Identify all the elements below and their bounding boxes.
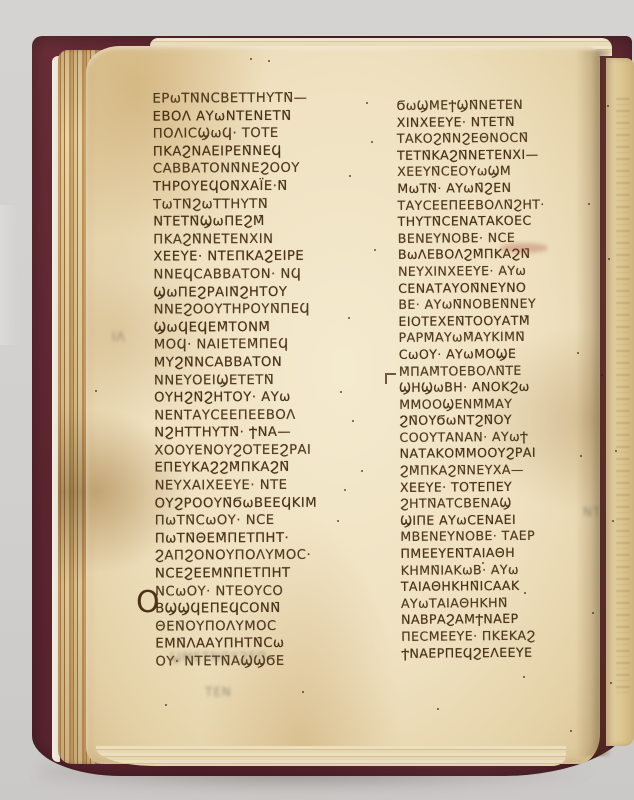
manuscript-text-line: ΠΟΛΙϹϢωϤ· ΤΟΤΕ (153, 125, 367, 144)
show-through-text: ϢΜΕΤΝΟΥϨΕΠ (170, 650, 267, 664)
manuscript-text-line: ΕΒΟΛ ΑΥωΝΤΕΝΕΤΝ̄ (153, 107, 367, 126)
manuscript-text-line: ϹΟΟΥΤΑΝΑΝ· ΑΥωϮ (399, 428, 611, 446)
ink-speck (433, 648, 435, 650)
manuscript-text-line: ΝΕΥΧΙΝΧΕΕΥΕ· ΑΥω (398, 262, 610, 280)
manuscript-text-line: ΝϹωΟΥ· ΝΤΕΟΥϹΟ (155, 582, 369, 601)
manuscript-text-line: ϢωΠΕϨΡΑΙΝ̄ϨΗΤΟΥ (153, 283, 367, 302)
ink-speck (570, 730, 572, 732)
manuscript-text-line: ΜωΤΝ̄· ΑΥωΝ̄ϨΕΝ (397, 179, 609, 197)
ink-speck (577, 352, 579, 354)
manuscript-text-line: ΝΑΒΡΑϨΑΜϮΝΑΕΡ (401, 610, 613, 628)
ink-speck (366, 102, 368, 104)
ink-speck (95, 390, 97, 392)
manuscript-text-line: ϨΝ̄ΟΥϬωΝΤϨΝ̄ΟΥ (399, 411, 611, 429)
manuscript-text-line: ΘΕΝ̄ΟΥΠΟΛΥΜΟϹ (155, 617, 369, 636)
manuscript-text-line: ϢΙΠΕ ΑΥωϹΕΝΑΕΙ (400, 511, 612, 529)
ink-speck (437, 708, 439, 710)
ink-speck (608, 258, 610, 260)
show-through-text: ΤΕΝ (205, 685, 232, 699)
next-leaf-text-showthrough (616, 98, 630, 698)
manuscript-text-line: ΚΗΜΝ̄ΙΑΚωΒ· ΑΥω (401, 561, 613, 579)
manuscript-text-line: ΝϨΗΤΤΗΥΤΝ̄· ϮΝΑ— (154, 424, 368, 443)
manuscript-text-line: ΠΚΑϨΝΑΕΙΡΕΝ̄ΝΕϤ (153, 142, 367, 161)
ink-speck (361, 470, 363, 472)
ink-speck (374, 249, 376, 251)
ink-speck (588, 203, 590, 205)
ink-speck (371, 141, 373, 143)
manuscript-text-line: ΕΙΟΤΕΧΕΝ̄ΤΟΟΥΑΤΜ̄ (398, 312, 610, 330)
manuscript-text-line: ΑΥωΤΑΙΑΘΗΚΗΝ̄ (401, 594, 613, 612)
ink-speck (607, 105, 609, 107)
manuscript-text-line: ΝΝΕϤϹΑΒΒΑΤΟΝ· ΝϤ (153, 265, 367, 284)
ink-speck (612, 520, 614, 522)
manuscript-text-line: ΤΕΤΝ̄ΚΑϨΝ̄ΝΕΤΕΝΧΙ— (397, 146, 609, 164)
manuscript-text-line: ϹωΟΥ· ΑΥωΜΟϢΕ (399, 345, 611, 363)
manuscript-text-line: ΠΕϹΜΕΕΥΕ· ΠΚΕΚΑϨ (401, 627, 613, 645)
manuscript-text-line: ΤΗΥΤΝ̄ϹΕΝΑΤΑΚΟΕϹ (398, 212, 610, 230)
manuscript-text-line: ΤΗΡΟΥΕϤΟΝ̄ΧΑΪΕ·Ν̄ (153, 177, 367, 196)
manuscript-text-line: ΜΟϤ· ΝΑΙΕΤΕΜ̄ΠΕϤ (154, 336, 368, 355)
ink-speck (482, 562, 484, 564)
ink-speck (302, 691, 304, 693)
ink-speck (592, 612, 594, 614)
text-column-right: ϬωϢΜΕϮϢΝ̄ΝΕΤΕΝΧΙΝΧΕΕΥΕ· ΝΤΕΤΝ̄ΤΑΚΟϨΝ̄ΝϨΕ… (397, 96, 614, 662)
manuscript-text-line: ΧΙΝΧΕΕΥΕ· ΝΤΕΤΝ̄ (397, 113, 609, 131)
page-stack-bottom-edge (96, 746, 566, 766)
manuscript-text-line: ΝΝΕϨΟΟΥΤΗΡΟΥΝ̄ΠΕϤ (154, 301, 368, 320)
manuscript-text-line: ΟΥϨΡΟΟΥΝ̄ϬωΒΕΕϤΚΙΜ (155, 494, 369, 513)
manuscript-photo: ΕΡωΤΝ̄ΝϹΒΕΤΤΗΥΤΝ̄—ΕΒΟΛ ΑΥωΝΤΕΝΕΤΝ̄ΠΟΛΙϹϢ… (0, 0, 634, 800)
ink-speck (524, 592, 526, 594)
manuscript-text-line: ΧΕΕΥΕ· ΤΟΤΕΠΕΥ (400, 478, 612, 496)
manuscript-text-line: ΕΡωΤΝ̄ΝϹΒΕΤΤΗΥΤΝ̄— (152, 89, 366, 108)
manuscript-text-line: ΜΜΟΟϢΕΝΜ̄ΜΑΥ (399, 395, 611, 413)
red-ink-smudge (500, 243, 548, 253)
manuscript-text-line: ϢωϤΕϤΕΜ̄ΤΟΝΜ̄ (154, 318, 368, 337)
ink-speck (610, 682, 612, 684)
manuscript-text-line: ΤΑΙΑΘΗΚΗΝ̄ΙϹΑΑΚ (401, 577, 613, 595)
ink-speck (615, 450, 617, 452)
manuscript-text-line: ϮΝΑΕΡΠΕϤϨΕΛΕΕΥΕ (401, 644, 613, 662)
manuscript-text-line: ϬωϢΜΕϮϢΝ̄ΝΕΤΕΝ (397, 96, 609, 114)
ink-speck (348, 317, 350, 319)
background-light-band (0, 205, 18, 345)
manuscript-text-line: ΝΕΥΧΑΙΧΕΕΥΕ· ΝΤΕ (155, 477, 369, 496)
ink-speck (165, 704, 167, 706)
manuscript-text-line: ΧΟΟΥΕΝΟΥϨΟΤΕΕϨΡΑΙ (154, 441, 368, 460)
manuscript-text-line: ΧΕΕΥΝ̄ϹΕΟΥωϢΜ (397, 162, 609, 180)
manuscript-text-line: ϹΕΝΑΤΑΥΟΝ̄ΝΕΥΝΟ (398, 279, 610, 297)
manuscript-text-line: ϹΑΒΒΑΤΟΝΝ̄ΝΕϨΟΟΥ (153, 160, 367, 179)
ink-speck (601, 374, 603, 376)
manuscript-text-line: ϢΗϢωΒΗ· ΑΝΟΚϨω (399, 378, 611, 396)
ink-speck (580, 455, 582, 457)
manuscript-text-line: ΕΠΕΥΚΑϨϨΜ̄ΠΚΑϨΝ̄ (154, 459, 368, 478)
manuscript-text-line: Μ̄ΠΑΜ̄ΤΟΕΒΟΛΝ̄ΤΕ (399, 362, 611, 380)
manuscript-text-line: ΜΥϨΝ̄ΝϹΑΒΒΑΤΟΝ (154, 353, 368, 372)
manuscript-text-line: ϨΑΠϨΟΝΟΥΠΟΛΥΜΟϹ· (155, 547, 369, 566)
manuscript-text-line: ΤΑΥϹΕΕΠΕΕΒΟΛΝ̄ϨΗΤ· (397, 196, 609, 214)
enlarged-initial: Ο (136, 585, 160, 620)
ink-speck (349, 175, 351, 177)
manuscript-text-line: ΒΕ· ΑΥωΝ̄ΝΟΒΕΝ̄ΝΕΥ (398, 295, 610, 313)
paragraphos-mark (385, 373, 396, 384)
ink-speck (250, 58, 252, 60)
ink-speck (523, 676, 525, 678)
manuscript-text-line: ΠΚΑϨΝ̄ΝΕΤΕΝΧΙΝ (153, 230, 367, 249)
manuscript-text-line: ΜΒΕΝΕΥΝΟΒΕ· ΤΑΕΡ (400, 528, 612, 546)
manuscript-text-line: ΝΕΝΤΑΥϹΕΕΠΕΕΒΟΛ (154, 406, 368, 425)
ink-speck (340, 391, 342, 393)
manuscript-text-line: ΠωΤΝ̄ΘΕΜ̄ΠΕΤΠΗΤ· (155, 529, 369, 548)
manuscript-text-line: ΒϢϢϤΕΠΕϤϹΟΝΝ̄ (155, 600, 369, 619)
manuscript-text-line: ΝΤΕΤΝ̄ϢωΠΕϨΜ̄ (153, 213, 367, 232)
manuscript-text-line: ΧΕΕΥΕ· ΝΤΕΠΚΑϨΕΙΡΕ (153, 248, 367, 267)
manuscript-text-line: ϨΗΤΝ̄ΑΤϹΒΕΝΑϢ (400, 494, 612, 512)
manuscript-text-line: ΡΑΡΜ̄ΑΥωΜ̄ΑΥΚΙΜΝ̄ (399, 328, 611, 346)
manuscript-text-line: ΠΜΕΕΥΕΝ̄ΤΑΙΑΘΗ (400, 544, 612, 562)
manuscript-text-line: ΝϹΕϨΕΕΜΝ̄ΠΕΤΠΗΤ (155, 564, 369, 583)
ink-speck (344, 489, 346, 491)
ink-speck (268, 60, 270, 62)
ink-speck (352, 420, 354, 422)
show-through-text: ΝΤ (583, 505, 601, 519)
manuscript-text-line: ΝΑΤΑΚΟΜ̄ΜΟΟΥϨΡΑΙ (400, 445, 612, 463)
ink-speck (337, 520, 339, 522)
manuscript-text-line: ΝΝΕΥΟΕΙϢΕΤΕΤΝ̄ (154, 371, 368, 390)
manuscript-text-line: ΤΑΚΟϨΝ̄ΝϨΕΘΝΟϹΝ̄ (397, 129, 609, 147)
manuscript-text-line: ΤωΤΝ̄ϨωΤΤΗΥΤΝ̄ (153, 195, 367, 214)
show-through-text: ΙΛ (112, 330, 126, 344)
manuscript-text-line: ΟΥΗϨΝ̄ϨΗΤΟΥ· ΑΥω (154, 389, 368, 408)
text-column-left: ΕΡωΤΝ̄ΝϹΒΕΤΤΗΥΤΝ̄—ΕΒΟΛ ΑΥωΝΤΕΝΕΤΝ̄ΠΟΛΙϹϢ… (152, 89, 369, 671)
manuscript-text-line: ϨΜ̄ΠΚΑϨΝ̄ΝΕΥΧΑ— (400, 461, 612, 479)
